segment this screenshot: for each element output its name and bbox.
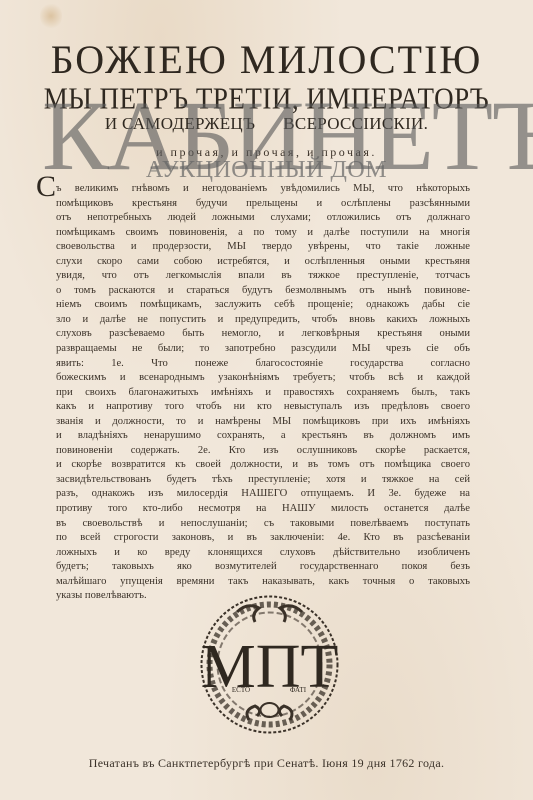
body-line: противу того кто-либо несмотря на НАШУ м… [56, 502, 470, 517]
heading-line-4: и прочая, и прочая, и прочая. [0, 145, 533, 160]
body-line: званія и должности, то и намѣрены МЫ пом… [56, 415, 470, 430]
body-line: по всей строгости законовъ, и въ заключе… [56, 531, 470, 546]
body-line: ъ великимъ гнѣвомъ и негодованіемъ увѣдо… [56, 182, 470, 197]
heading-line-3-right: ВСЕРОССІИСКІИ. [283, 114, 428, 133]
heading-line-1: БОЖІЕЮ МИЛОСТІЮ [0, 38, 533, 82]
body-line: своевольства и продерзости, МЫ твердо ув… [56, 240, 470, 255]
imprint-footer: Печатанъ въ Санктпетербургѣ при Сенатѣ. … [0, 756, 533, 771]
body-line: повиновеніи содержать. 2е. Кто изъ ослуш… [56, 444, 470, 459]
body-line: слуховъ разсѣеваемо быть немогло, и легк… [56, 327, 470, 342]
body-line: отъ непотребныхъ людей ложными слухами; … [56, 211, 470, 226]
watermark-subtitle: АУКЦИОННЫЙ ДОМ [0, 157, 533, 183]
heading-line-3-left: И САМОДЕРЖЕЦЪ [105, 114, 255, 133]
body-line: явить: 1е. Что понеже благосостояніе гос… [56, 357, 470, 372]
emblem-monogram: МПТ [201, 633, 339, 701]
emblem-right-label: ФАТІ [290, 686, 307, 694]
body-line: и владѣніяхъ ненарушимо сохранять, а кре… [56, 429, 470, 444]
emblem-left-label: ЕСТО [232, 686, 250, 694]
document-page: БОЖІЕЮ МИЛОСТІЮ МЫ ПЕТРЪ ТРЕТІИ, ИМПЕРАТ… [0, 0, 533, 800]
body-line: развращаемы не были; то запотребно разсу… [56, 342, 470, 357]
body-line: малѣйшаго упущенія времяни такъ наказыва… [56, 575, 470, 590]
body-line: помѣщикамъ своимъ повиновенія, а по тому… [56, 226, 470, 241]
body-line: какъ и напротиву того чтобъ ни кто невыс… [56, 400, 470, 415]
heading-line-3: И САМОДЕРЖЕЦЪВСЕРОССІИСКІИ. [0, 114, 533, 134]
body-line: разъ, однакожъ изъ милосердія НАШЕГО отп… [56, 487, 470, 502]
manifesto-body: ъ великимъ гнѣвомъ и негодованіемъ увѣдо… [56, 182, 470, 604]
body-line: ніемъ своимъ помѣщикамъ, заслужить себѣ … [56, 298, 470, 313]
body-line: увидя, что отъ легкомыслія впали въ тяжк… [56, 269, 470, 284]
drop-cap: С [36, 172, 56, 202]
body-line: слухи скоро сами собою истребятся, и осл… [56, 255, 470, 270]
body-line: и скорѣе возвратится къ своей должности,… [56, 458, 470, 473]
heading-line-2: МЫ ПЕТРЪ ТРЕТІИ, ИМПЕРАТОРЪ [0, 81, 533, 116]
paper-stain [40, 2, 62, 30]
body-line: въ своевольствѣ и непослушаніи; съ таков… [56, 517, 470, 532]
body-line: божескимъ и всенароднымъ узаконѣніямъ тр… [56, 371, 470, 386]
body-line: зло и далѣе не попустить и предупредить,… [56, 313, 470, 328]
body-line: при своихъ благонажитыхъ имѣніяхъ и прав… [56, 386, 470, 401]
imperial-monogram-emblem-icon: МПТ ЕСТО ФАТІ [197, 592, 342, 737]
body-line: засвидѣтельствованъ будетъ тѣхъ преступл… [56, 473, 470, 488]
body-line: помѣщиковъ крестьяня будучи прельщены и … [56, 197, 470, 212]
body-line: будетъ; таковыхъ яко возмутителей госуда… [56, 560, 470, 575]
body-line: ложныхъ и ко вреду клонящихся слуховъ дѣ… [56, 546, 470, 561]
body-line: о томъ раскаются и стараться будутъ безм… [56, 284, 470, 299]
